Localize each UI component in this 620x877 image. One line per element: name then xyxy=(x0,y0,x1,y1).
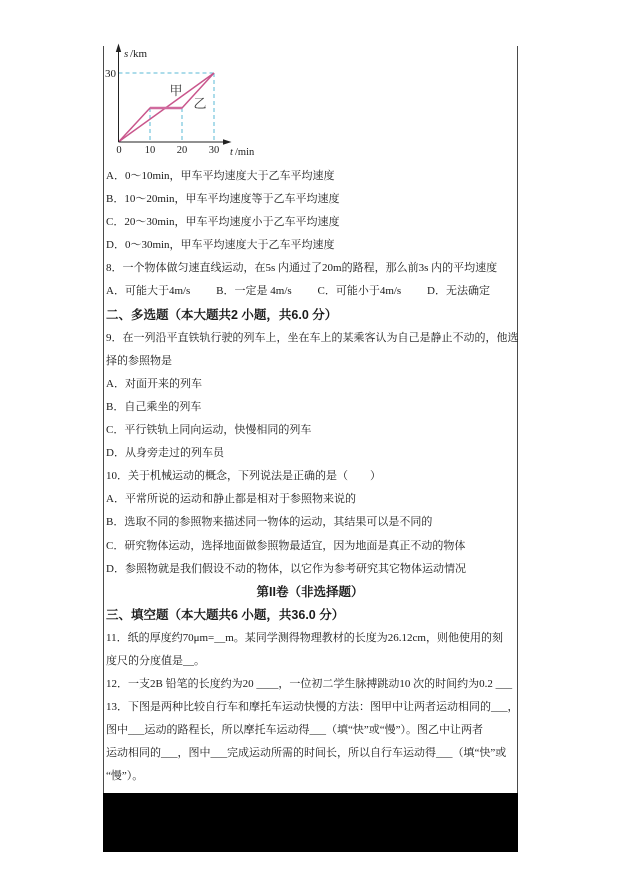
option-line: C．20～30min，甲车平均速度小于乙车平均速度 xyxy=(104,211,516,234)
option-line: D．参照物就是我们假设不动的物体，以它作为参考研究其它物体运动情况 xyxy=(104,558,516,581)
question-11-line1: 11．纸的厚度约70μm=__m。某同学测得物理教材的长度为26.12cm，则他… xyxy=(104,627,516,650)
question-13-line4: “慢”）。 xyxy=(104,765,516,788)
y-axis-label-unit: /km xyxy=(130,48,148,60)
option-line: D．0～30min，甲车平均速度大于乙车平均速度 xyxy=(104,234,516,257)
x-axis-label-var: t xyxy=(230,147,234,158)
question-9-line1: 9．在一列沿平直铁轨行驶的列车上，坐在车上的某乘客认为自己是静止不动的，他选 xyxy=(104,327,516,350)
x-tick-20: 20 xyxy=(177,145,188,156)
option-line: B．10～20min，甲车平均速度等于乙车平均速度 xyxy=(104,188,516,211)
x-tick-10: 10 xyxy=(145,145,156,156)
question-13-line2: 图中___运动的路程长，所以摩托车运动得___（填“快”或“慢”）。图乙中让两者 xyxy=(104,719,516,742)
option-line: A．0～10min，甲车平均速度大于乙车平均速度 xyxy=(104,165,516,188)
option-line: A．对面开来的列车 xyxy=(104,373,516,396)
question-11-line2: 度尺的分度值是__。 xyxy=(104,650,516,673)
option-line: D．从身旁走过的列车员 xyxy=(104,442,516,465)
page-right-border xyxy=(517,46,518,793)
option-line: C．平行铁轨上同向运动，快慢相同的列车 xyxy=(104,419,516,442)
question-8-text: 8．一个物体做匀速直线运动，在5s 内通过了20m的路程，那么前3s 内的平均速… xyxy=(104,257,516,280)
option-b: B．一定是 4m/s xyxy=(216,280,291,303)
x-axis-label-unit: /min xyxy=(235,147,255,158)
part-2-title: 第II卷（非选择题） xyxy=(104,581,516,604)
section-3-heading: 三、填空题（本大题共6 小题，共36.0 分） xyxy=(104,604,516,627)
option-line: B．选取不同的参照物来描述同一物体的运动，其结果可以是不同的 xyxy=(104,511,516,534)
y-tick-30: 30 xyxy=(105,68,117,80)
x-axis-arrow xyxy=(223,139,232,144)
redacted-black-bar xyxy=(103,793,518,852)
x-tick-0: 0 xyxy=(116,145,121,156)
question-9-line2: 择的参照物是 xyxy=(104,350,516,373)
question-8-options: A．可能大于4m/s B．一定是 4m/s C．可能小于4m/s D．无法确定 xyxy=(104,280,516,303)
option-d: D．无法确定 xyxy=(427,280,490,303)
option-line: A．平常所说的运动和静止都是相对于参照物来说的 xyxy=(104,488,516,511)
question-12-text: 12．一支2B 铅笔的长度约为20 ____，一位初二学生脉搏跳动10 次的时间… xyxy=(104,673,516,696)
option-line: C．研究物体运动，选择地面做参照物最适宜，因为地面是真正不动的物体 xyxy=(104,535,516,558)
distance-time-graph-svg: s /km 30 0 10 20 30 t /min 甲 乙 xyxy=(100,40,260,160)
label-jia: 甲 xyxy=(169,83,182,98)
question-13-line3: 运动相同的___，图中___完成运动所需的时间长，所以自行车运动得___（填“快… xyxy=(104,742,516,765)
question-13-line1: 13．下图是两种比较自行车和摩托车运动快慢的方法：图甲中让两者运动相同的___， xyxy=(104,696,516,719)
exam-text-column: A．0～10min，甲车平均速度大于乙车平均速度 B．10～20min，甲车平均… xyxy=(104,165,516,789)
y-axis-label-var: s xyxy=(124,48,128,60)
option-line: B．自己乘坐的列车 xyxy=(104,396,516,419)
x-tick-30: 30 xyxy=(209,145,220,156)
section-2-heading: 二、多选题（本大题共2 小题，共6.0 分） xyxy=(104,304,516,327)
distance-time-graph: s /km 30 0 10 20 30 t /min 甲 乙 xyxy=(100,40,260,160)
option-a: A．可能大于4m/s xyxy=(106,280,190,303)
y-axis-arrow xyxy=(116,44,121,53)
option-c: C．可能小于4m/s xyxy=(317,280,401,303)
label-yi: 乙 xyxy=(193,96,206,111)
question-10-text: 10．关于机械运动的概念，下列说法是正确的是（ ） xyxy=(104,465,516,488)
